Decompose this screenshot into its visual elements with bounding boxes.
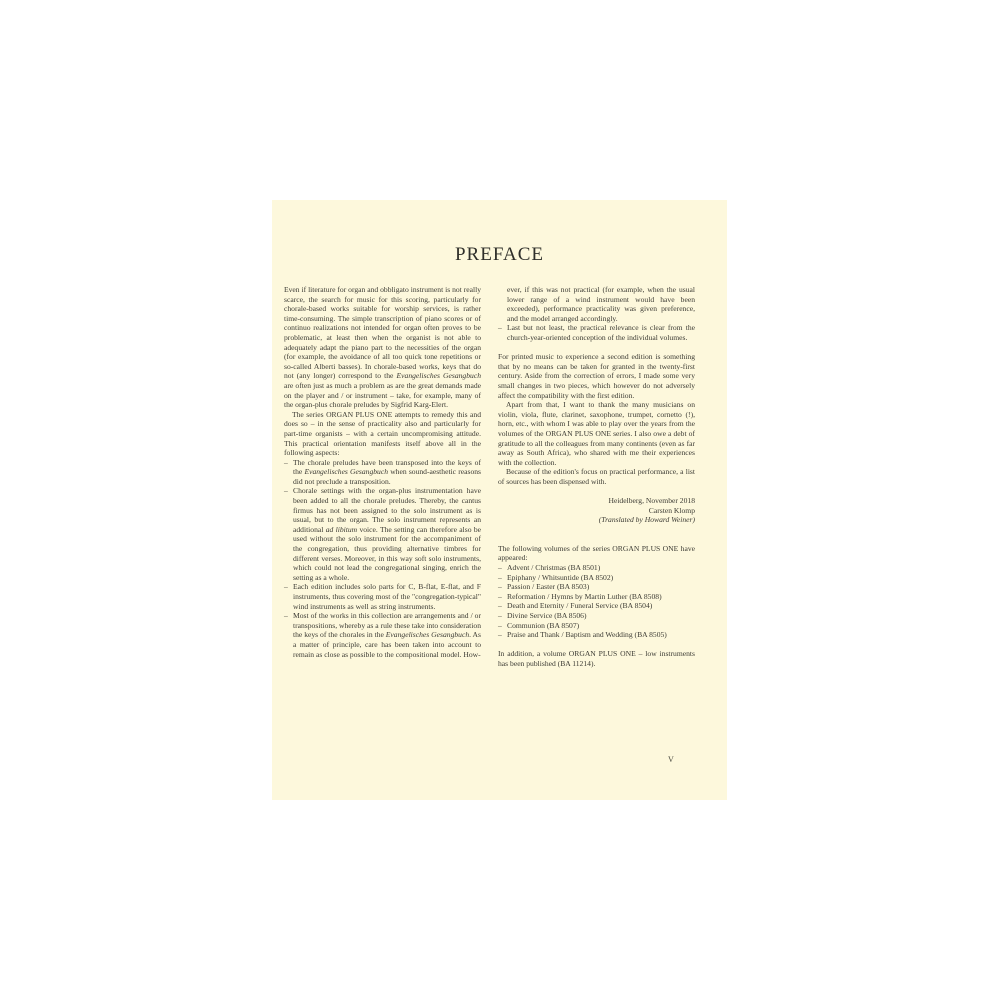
list-item: Chorale settings with the organ-plus ins… [284, 486, 481, 582]
volume-item: Reformation / Hymns by Martin Luther (BA… [498, 592, 695, 602]
left-column: Even if literature for organ and obbliga… [284, 285, 481, 659]
volume-item: Communion (BA 8507) [498, 621, 695, 631]
aspects-list-continued: Last but not least, the practical releva… [498, 323, 695, 342]
volumes-intro: The following volumes of the series ORGA… [498, 544, 695, 563]
aspects-list: The chorale preludes have been transpose… [284, 458, 481, 659]
page-number: V [668, 755, 674, 764]
signature-author: Carsten Klomp [498, 506, 695, 516]
list-item: Most of the works in this collection are… [284, 611, 481, 659]
paragraph-sources: Because of the edition's focus on practi… [498, 467, 695, 486]
volume-item: Advent / Christmas (BA 8501) [498, 563, 695, 573]
page-title: PREFACE [272, 244, 727, 266]
signature-translator: (Translated by Howard Weiner) [498, 515, 695, 525]
list-item: Each edition includes solo parts for C, … [284, 582, 481, 611]
volume-item: Death and Eternity / Funeral Service (BA… [498, 601, 695, 611]
right-column: ever, if this was not practical (for exa… [498, 285, 695, 669]
paragraph-thanks: Apart from that, I want to thank the man… [498, 400, 695, 467]
volume-item: Divine Service (BA 8506) [498, 611, 695, 621]
signature-place-date: Heidelberg, November 2018 [498, 496, 695, 506]
volume-item: Epiphany / Whitsuntide (BA 8502) [498, 573, 695, 583]
list-item: Last but not least, the practical releva… [498, 323, 695, 342]
volume-item: Passion / Easter (BA 8503) [498, 582, 695, 592]
volume-item: Praise and Thank / Baptism and Wedding (… [498, 630, 695, 640]
paragraph-addition: In addition, a volume ORGAN PLUS ONE – l… [498, 649, 695, 668]
paragraph-second-edition: For printed music to experience a second… [498, 352, 695, 400]
list-item: The chorale preludes have been transpose… [284, 458, 481, 487]
paragraph-intro: Even if literature for organ and obbliga… [284, 285, 481, 410]
document-page: PREFACE Even if literature for organ and… [272, 200, 727, 800]
paragraph-series: The series ORGAN PLUS ONE attempts to re… [284, 410, 481, 458]
volumes-list: Advent / Christmas (BA 8501)Epiphany / W… [498, 563, 695, 640]
list-item-continuation: ever, if this was not practical (for exa… [498, 285, 695, 323]
